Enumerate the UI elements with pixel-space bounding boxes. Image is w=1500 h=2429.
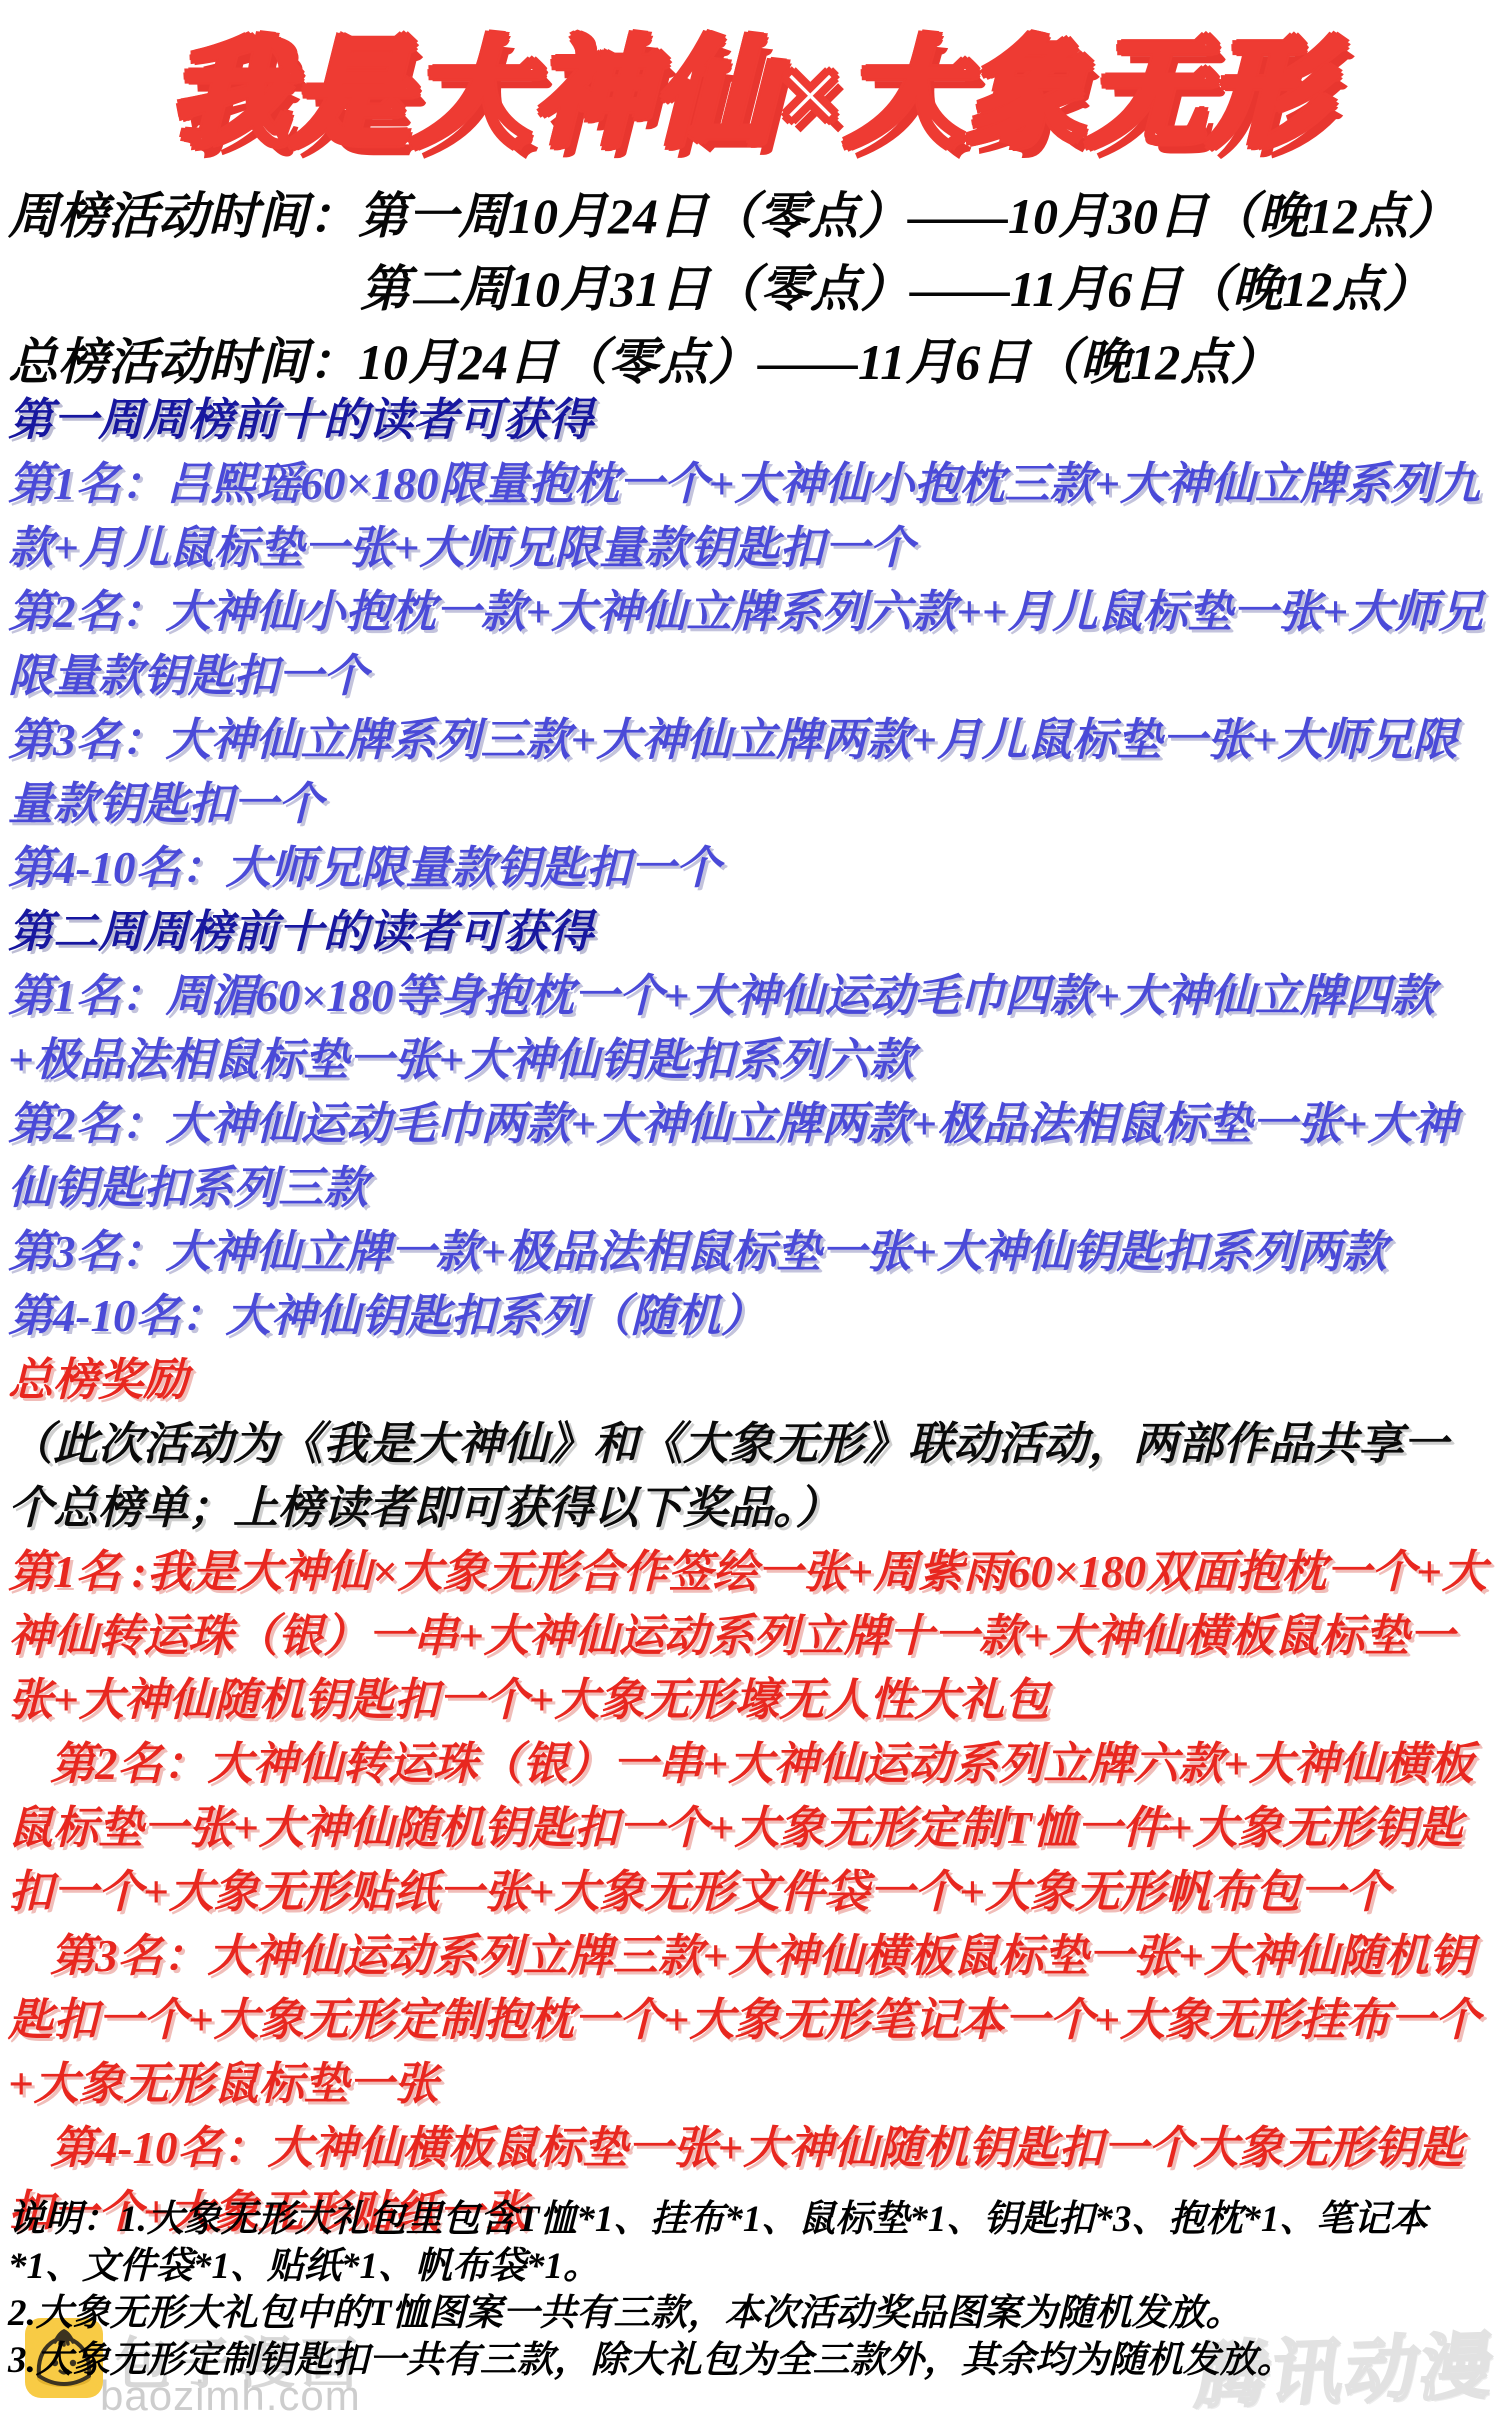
total-rank1: 第1名 :我是大神仙×大象无形合作签绘一张+周紫雨60×180双面抱枕一个+大神… — [8, 1540, 1492, 1732]
week1-rank2: 第2名：大神仙小抱枕一款+大神仙立牌系列六款++月儿鼠标垫一张+大师兄限量款钥匙… — [8, 580, 1492, 708]
event-announcement-page: 我是大神仙×大象无形 周榜活动时间：第一周10月24日（零点）——10月30日（… — [0, 0, 1500, 2429]
week1-rank4-10: 第4-10名：大师兄限量款钥匙扣一个 — [8, 836, 1492, 900]
total-reward-intro: （此次活动为《我是大神仙》和《大象无形》联动活动，两部作品共享一个总榜单；上榜读… — [8, 1412, 1492, 1540]
week2-header: 第二周周榜前十的读者可获得 — [8, 900, 1492, 964]
total-reward-header: 总榜奖励 — [8, 1348, 1492, 1412]
note-line3: 3.大象无形定制钥匙扣一共有三款，除大礼包为全三款外，其余均为随机发放。 — [8, 2337, 1492, 2384]
note-line2: 2.大象无形大礼包中的T恤图案一共有三款，本次活动奖品图案为随机发放。 — [8, 2290, 1492, 2337]
week2-rank1: 第1名：周湄60×180等身抱枕一个+大神仙运动毛巾四款+大神仙立牌四款+极品法… — [8, 964, 1492, 1092]
page-title: 我是大神仙×大象无形 — [0, 16, 1500, 176]
week1-rank3: 第3名：大神仙立牌系列三款+大神仙立牌两款+月儿鼠标垫一张+大师兄限量款钥匙扣一… — [8, 708, 1492, 836]
total-rank2: 第2名：大神仙转运珠（银）一串+大神仙运动系列立牌六款+大神仙横板鼠标垫一张+大… — [8, 1732, 1492, 1924]
week2-rank4-10: 第4-10名：大神仙钥匙扣系列（随机） — [8, 1284, 1492, 1348]
week1-header: 第一周周榜前十的读者可获得 — [8, 388, 1492, 452]
schedule-block: 周榜活动时间：第一周10月24日（零点）——10月30日（晚12点） 第二周10… — [8, 180, 1492, 399]
weekly-schedule-line2: 第二周10月31日（零点）——11月6日（晚12点） — [8, 253, 1492, 326]
notes-block: 说明：1.大象无形大礼包里包含T恤*1、挂布*1、鼠标垫*1、钥匙扣*3、抱枕*… — [8, 2196, 1492, 2384]
prize-list: 第一周周榜前十的读者可获得 第1名：吕熙瑶60×180限量抱枕一个+大神仙小抱枕… — [8, 388, 1492, 2244]
week2-rank3: 第3名：大神仙立牌一款+极品法相鼠标垫一张+大神仙钥匙扣系列两款 — [8, 1220, 1492, 1284]
note-line1: 说明：1.大象无形大礼包里包含T恤*1、挂布*1、鼠标垫*1、钥匙扣*3、抱枕*… — [8, 2196, 1492, 2290]
week1-rank1: 第1名：吕熙瑶60×180限量抱枕一个+大神仙小抱枕三款+大神仙立牌系列九款+月… — [8, 452, 1492, 580]
weekly-schedule-line1: 周榜活动时间：第一周10月24日（零点）——10月30日（晚12点） — [8, 180, 1492, 253]
week2-rank2: 第2名：大神仙运动毛巾两款+大神仙立牌两款+极品法相鼠标垫一张+大神仙钥匙扣系列… — [8, 1092, 1492, 1220]
total-rank3: 第3名：大神仙运动系列立牌三款+大神仙横板鼠标垫一张+大神仙随机钥匙扣一个+大象… — [8, 1924, 1492, 2116]
